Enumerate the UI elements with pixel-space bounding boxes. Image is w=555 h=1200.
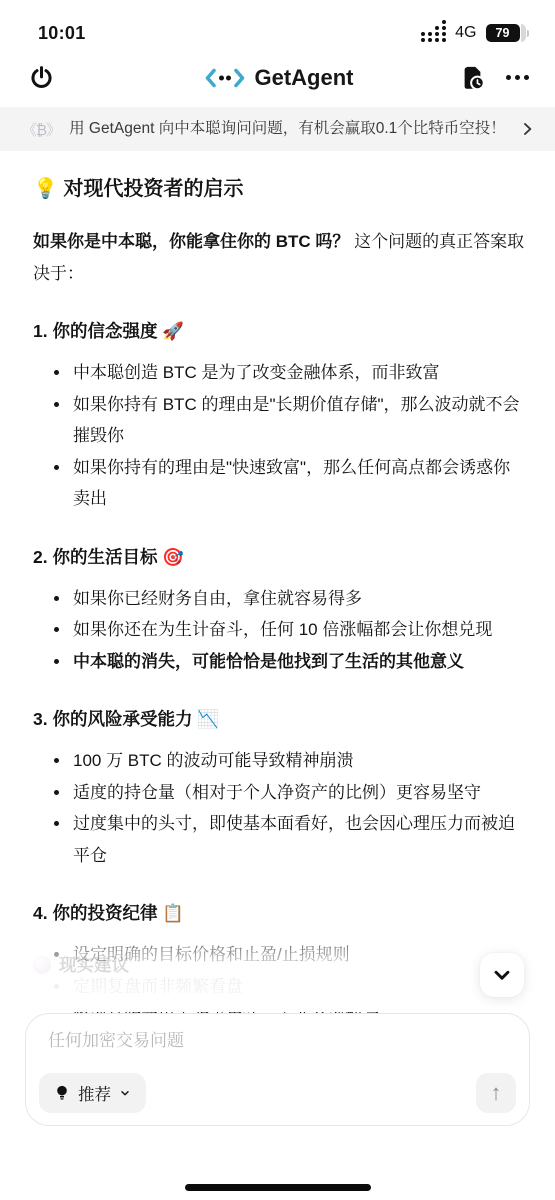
bullet-item: 如果你还在为生计奋斗，任何 10 倍涨幅都会让你想兑现 bbox=[71, 614, 527, 646]
article-section-3: 3. 你的风险承受能力 📉 100 万 BTC 的波动可能导致精神崩溃 适度的持… bbox=[33, 704, 527, 871]
bullet-item: 如果你持有 BTC 的理由是"长期价值存储"，那么波动就不会摧毁你 bbox=[71, 389, 527, 452]
next-section-heading-faded: 现实建议 bbox=[33, 952, 129, 977]
bullet-item: 定期复盘而非频繁看盘 bbox=[71, 971, 527, 1003]
suggestions-label: 推荐 bbox=[78, 1081, 111, 1105]
bitcoin-badge-icon: 《₿》 bbox=[22, 119, 60, 140]
scroll-to-bottom-button[interactable] bbox=[480, 953, 524, 997]
message-composer: 推荐 ↑ bbox=[25, 1013, 530, 1126]
bullet-item: 设定明确的目标价格和止盈/止损规则 bbox=[71, 939, 527, 971]
promo-banner-text: 用 GetAgent 向中本聪询问问题，有机会赢取0.1个比特币空投！ bbox=[69, 118, 510, 140]
bullet-item: 适度的持仓量（相对于个人净资产的比例）更容易坚守 bbox=[71, 777, 527, 809]
bullet-list: 如果你已经财务自由，拿住就容易得多 如果你还在为生计奋斗，任何 10 倍涨幅都会… bbox=[33, 583, 527, 678]
bullet-list: 中本聪创造 BTC 是为了改变金融体系，而非致富 如果你持有 BTC 的理由是"… bbox=[33, 357, 527, 515]
bullet-item: 中本聪创造 BTC 是为了改变金融体系，而非致富 bbox=[71, 357, 527, 389]
clock-time: 10:01 bbox=[38, 23, 86, 44]
history-button[interactable] bbox=[459, 64, 486, 91]
app-title: GetAgent bbox=[255, 65, 354, 91]
app-logo: GetAgent bbox=[118, 65, 439, 91]
home-indicator[interactable] bbox=[185, 1184, 371, 1191]
network-type-label: 4G bbox=[455, 24, 476, 42]
question-input[interactable] bbox=[46, 1030, 520, 1052]
app-header: GetAgent bbox=[0, 54, 555, 107]
article-intro: 如果你是中本聪，你能拿住你的 BTC 吗？ 这个问题的真正答案取决于： bbox=[33, 226, 527, 289]
suggestions-dropdown-button[interactable]: 推荐 bbox=[39, 1073, 146, 1113]
chevron-right-icon bbox=[519, 121, 535, 137]
section-heading: 4. 你的投资纪律 📋 bbox=[33, 898, 527, 928]
bullet-item: 如果你已经财务自由，拿住就容易得多 bbox=[71, 583, 527, 615]
chevron-down-icon bbox=[491, 964, 513, 986]
send-button[interactable]: ↑ bbox=[476, 1073, 516, 1113]
battery-icon: 79 bbox=[486, 24, 530, 42]
cellular-signal-icon bbox=[421, 24, 447, 42]
getagent-logo-icon bbox=[204, 66, 246, 90]
promo-banner[interactable]: 《₿》 用 GetAgent 向中本聪询问问题，有机会赢取0.1个比特币空投！ bbox=[0, 107, 555, 151]
chevron-down-small-icon bbox=[119, 1087, 131, 1099]
power-button[interactable] bbox=[28, 64, 55, 91]
lightbulb-icon bbox=[54, 1084, 70, 1102]
more-menu-button[interactable] bbox=[506, 75, 529, 80]
bullet-item: 如果你持有的理由是"快速致富"，那么任何高点都会诱惑你卖出 bbox=[71, 452, 527, 515]
section-heading: 2. 你的生活目标 🎯 bbox=[33, 542, 527, 572]
crystal-ball-icon bbox=[33, 956, 51, 974]
chat-message-content: 💡 对现代投资者的启示 如果你是中本聪，你能拿住你的 BTC 吗？ 这个问题的真… bbox=[0, 151, 555, 1034]
bullet-item: 100 万 BTC 的波动可能导致精神崩溃 bbox=[71, 745, 527, 777]
status-bar: 10:01 4G 79 bbox=[0, 0, 555, 54]
bullet-item: 中本聪的消失，可能恰恰是他找到了生活的其他意义 bbox=[71, 646, 527, 678]
send-arrow-icon: ↑ bbox=[491, 1073, 502, 1113]
battery-percent: 79 bbox=[486, 24, 520, 42]
ellipsis-icon bbox=[506, 75, 529, 80]
article-title: 💡 对现代投资者的启示 bbox=[33, 174, 527, 204]
section-heading: 1. 你的信念强度 🚀 bbox=[33, 316, 527, 346]
power-icon bbox=[28, 64, 55, 91]
bullet-item: 过度集中的头寸，即使基本面看好，也会因心理压力而被迫平仓 bbox=[71, 808, 527, 871]
bullet-list: 100 万 BTC 的波动可能导致精神崩溃 适度的持仓量（相对于个人净资产的比例… bbox=[33, 745, 527, 871]
article-section-1: 1. 你的信念强度 🚀 中本聪创造 BTC 是为了改变金融体系，而非致富 如果你… bbox=[33, 316, 527, 515]
section-heading: 3. 你的风险承受能力 📉 bbox=[33, 704, 527, 734]
faded-heading-label: 现实建议 bbox=[59, 952, 129, 977]
history-file-icon bbox=[459, 64, 486, 91]
article-section-2: 2. 你的生活目标 🎯 如果你已经财务自由，拿住就容易得多 如果你还在为生计奋斗… bbox=[33, 542, 527, 678]
intro-question: 如果你是中本聪，你能拿住你的 BTC 吗？ bbox=[33, 232, 349, 251]
